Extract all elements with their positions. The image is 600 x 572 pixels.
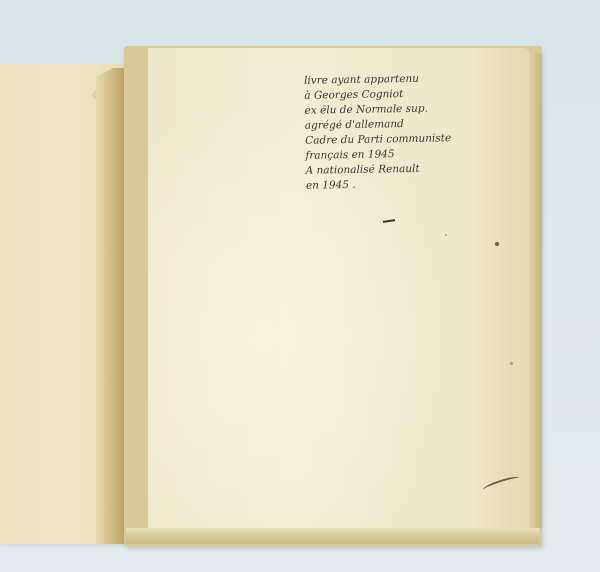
book-photo: livre ayant appartenu à Georges Cogniot … — [0, 0, 600, 572]
handwritten-inscription: livre ayant appartenu à Georges Cogniot … — [304, 70, 506, 193]
paper-speck — [510, 362, 513, 365]
ink-speck — [495, 242, 499, 246]
paper-speck — [445, 234, 447, 236]
page-edge-bottom — [126, 528, 540, 544]
